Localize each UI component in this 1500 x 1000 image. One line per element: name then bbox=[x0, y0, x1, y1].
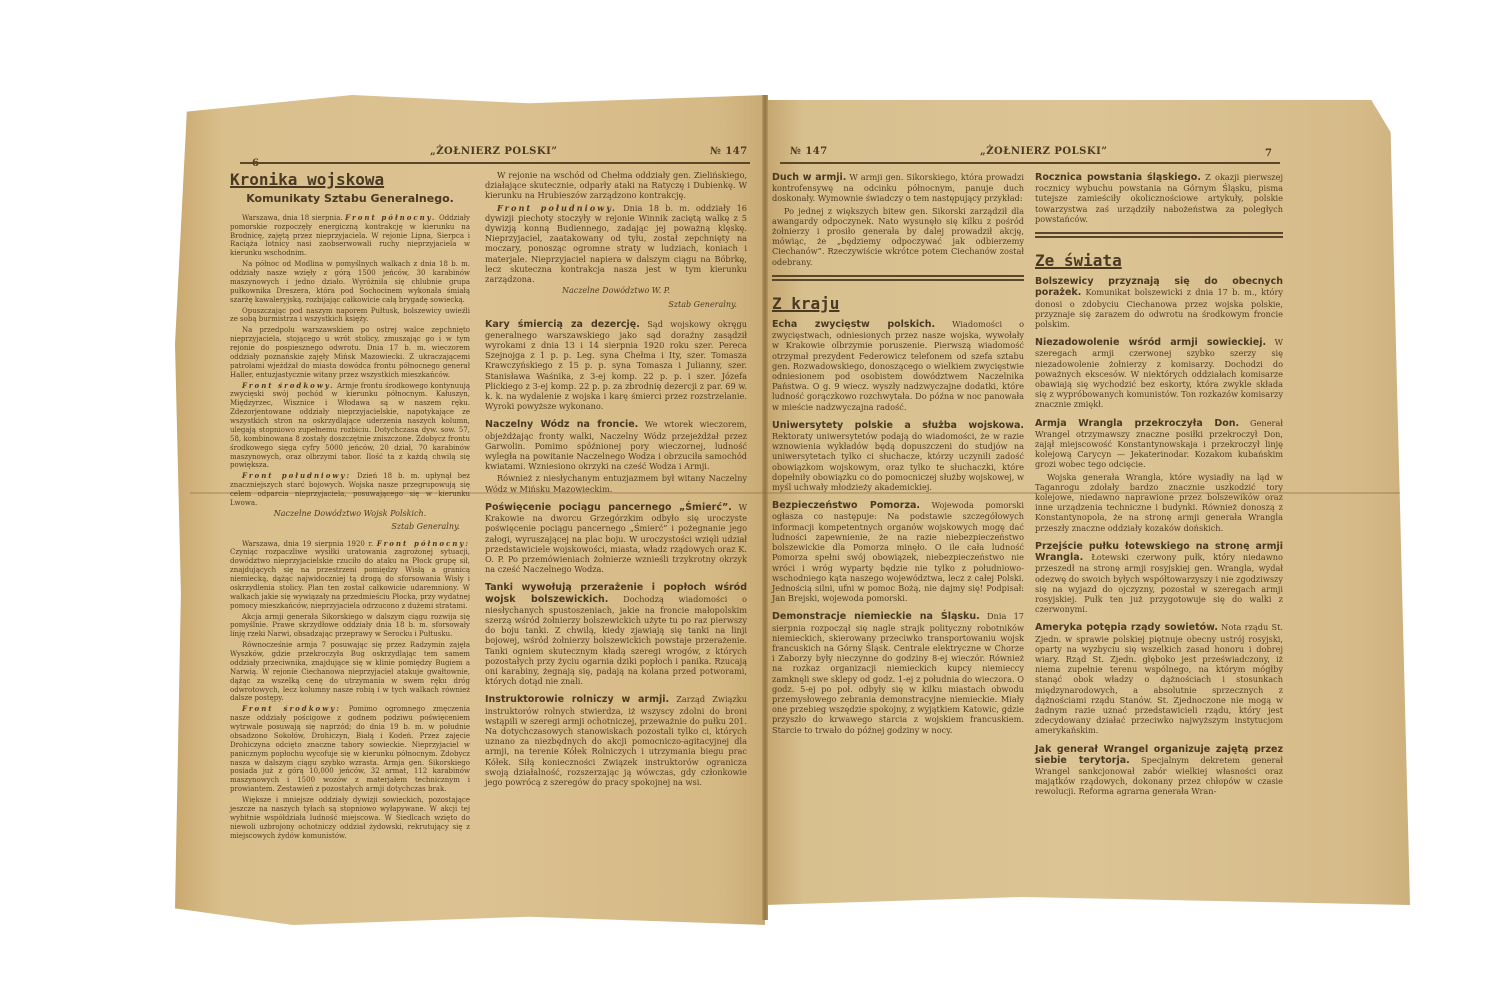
dispatch-paragraph: W rejonie na wschód od Chełma oddziały g… bbox=[485, 170, 747, 201]
dispatch-paragraph: Równocześnie armja 7 posuwając się przez… bbox=[230, 641, 470, 703]
dispatch-paragraph: Front środkowy. Armje frontu środkowego … bbox=[230, 382, 470, 471]
article: Echa zwycięstw polskich. Wiadomości o zw… bbox=[772, 319, 1024, 412]
article: Instruktorowie rolniczy w armji. Zarząd … bbox=[485, 694, 747, 787]
section-divider bbox=[772, 275, 1024, 281]
article-headline: Poświęcenie pociągu pancernego „Śmierć”. bbox=[485, 502, 732, 513]
right-header-rule bbox=[780, 162, 1280, 164]
subhead-komunikaty: Komunikaty Sztabu Generalnego. bbox=[230, 195, 470, 204]
article: Naczelny Wódz na froncie. We wtorek wiec… bbox=[485, 419, 747, 493]
article-headline: Kary śmiercią za dezercję. bbox=[485, 319, 640, 330]
left-column-1: Kronika wojskowa Komunikaty Sztabu Gener… bbox=[230, 170, 470, 842]
article-headline: Instruktorowie rolniczy w armji. bbox=[485, 694, 669, 705]
left-column-2: W rejonie na wschód od Chełma oddziały g… bbox=[485, 170, 747, 795]
dispatch-paragraph: Warszawa, dnia 19 sierpnia 1920 r. Front… bbox=[230, 540, 470, 611]
article-headline: Ameryka potępia rządy sowietów. bbox=[1035, 622, 1218, 633]
article: Poświęcenie pociągu pancernego „Śmierć”.… bbox=[485, 502, 747, 574]
dispatch-paragraph: Akcja armji generała Sikorskiego w dalsz… bbox=[230, 613, 470, 640]
section-title-z-kraju: Z kraju bbox=[772, 299, 839, 309]
dispatch-paragraph: Warszawa, dnia 18 sierpnia. Front północ… bbox=[230, 214, 470, 258]
article-headline: Rocznica powstania śląskiego. bbox=[1035, 172, 1201, 183]
right-issue-number: № 147 bbox=[790, 146, 828, 157]
article: Uniwersytety polskie a służba wojskowa. … bbox=[772, 420, 1024, 492]
center-fold bbox=[762, 95, 768, 920]
right-column-1: Duch w armji. W armji gen. Sikorskiego, … bbox=[772, 170, 1024, 743]
article: Bolszewicy przyznają się do obecnych por… bbox=[1035, 276, 1283, 329]
article: Jak generał Wrangel organizuje zajętą pr… bbox=[1035, 744, 1283, 797]
section-title-kronika: Kronika wojskowa bbox=[230, 176, 384, 185]
dispatch-paragraph: Na północ od Modlina w pomyślnych walkac… bbox=[230, 260, 470, 304]
dispatch-paragraph: Na przedpolu warszawskiem po ostrej walc… bbox=[230, 326, 470, 379]
section-title-ze-swiata: Ze świata bbox=[1035, 256, 1122, 266]
article: Niezadowolenie wśród armji sowieckiej. W… bbox=[1035, 337, 1283, 409]
right-running-title: „ŻOŁNIERZ POLSKI” bbox=[980, 146, 1108, 157]
article: Demonstracje niemieckie na Śląsku. Dnia … bbox=[772, 611, 1024, 734]
article-headline: Naczelny Wódz na froncie. bbox=[485, 419, 638, 430]
article-headline: Demonstracje niemieckie na Śląsku. bbox=[772, 611, 980, 622]
left-running-title: „ŻOŁNIERZ POLSKI” bbox=[430, 146, 558, 157]
article: Duch w armji. W armji gen. Sikorskiego, … bbox=[772, 172, 1024, 267]
dispatch-paragraph: Front środkowy: Pomimo ogromnego zmęczen… bbox=[230, 705, 470, 794]
article-headline: Uniwersytety polskie a służba wojskowa. bbox=[772, 420, 1024, 431]
left-header-rule bbox=[240, 162, 750, 164]
article: Tanki wywołują przerażenie i popłoch wśr… bbox=[485, 582, 747, 686]
section-divider bbox=[1035, 232, 1283, 238]
article: Ameryka potępia rządy sowietów. Nota rzą… bbox=[1035, 622, 1283, 735]
article: Przejście pułku łotewskiego na stronę ar… bbox=[1035, 541, 1283, 614]
article: Rocznica powstania śląskiego. Z okazji p… bbox=[1035, 172, 1283, 224]
dispatch-paragraph: Opuszczając pod naszym naporem Pułtusk, … bbox=[230, 307, 470, 325]
article-headline: Duch w armji. bbox=[772, 172, 846, 183]
signature-line: Sztab Generalny. bbox=[230, 523, 460, 532]
article-headline: Echa zwycięstw polskich. bbox=[772, 319, 935, 330]
right-column-2: Rocznica powstania śląskiego. Z okazji p… bbox=[1035, 170, 1283, 805]
dispatch-paragraph: Front południowy: Dzień 18 b. m. upłynął… bbox=[230, 472, 470, 508]
article: Kary śmiercią za dezercję. Sąd wojskowy … bbox=[485, 319, 747, 412]
article: Bezpieczeństwo Pomorza. Wojewoda pomorsk… bbox=[772, 500, 1024, 603]
dispatch-paragraph: Front południowy. Dnia 18 b. m. oddziały… bbox=[485, 203, 747, 285]
left-issue-number: № 147 bbox=[710, 146, 748, 157]
article-headline: Armja Wrangla przekroczyła Don. bbox=[1035, 418, 1239, 429]
dispatch-paragraph: Większe i mniejsze oddziały dywizji sowi… bbox=[230, 796, 470, 840]
article: Armja Wrangla przekroczyła Don. Generał … bbox=[1035, 418, 1283, 533]
right-page-number: 7 bbox=[1265, 148, 1272, 159]
signature-line: Naczelne Dowództwo W. P. bbox=[485, 286, 747, 296]
article-headline: Niezadowolenie wśród armji sowieckiej. bbox=[1035, 337, 1266, 348]
signature-line: Sztab Generalny. bbox=[485, 300, 737, 310]
article-headline: Bezpieczeństwo Pomorza. bbox=[772, 500, 920, 511]
signature-line: Naczelne Dowództwo Wojsk Polskich. bbox=[230, 510, 470, 519]
